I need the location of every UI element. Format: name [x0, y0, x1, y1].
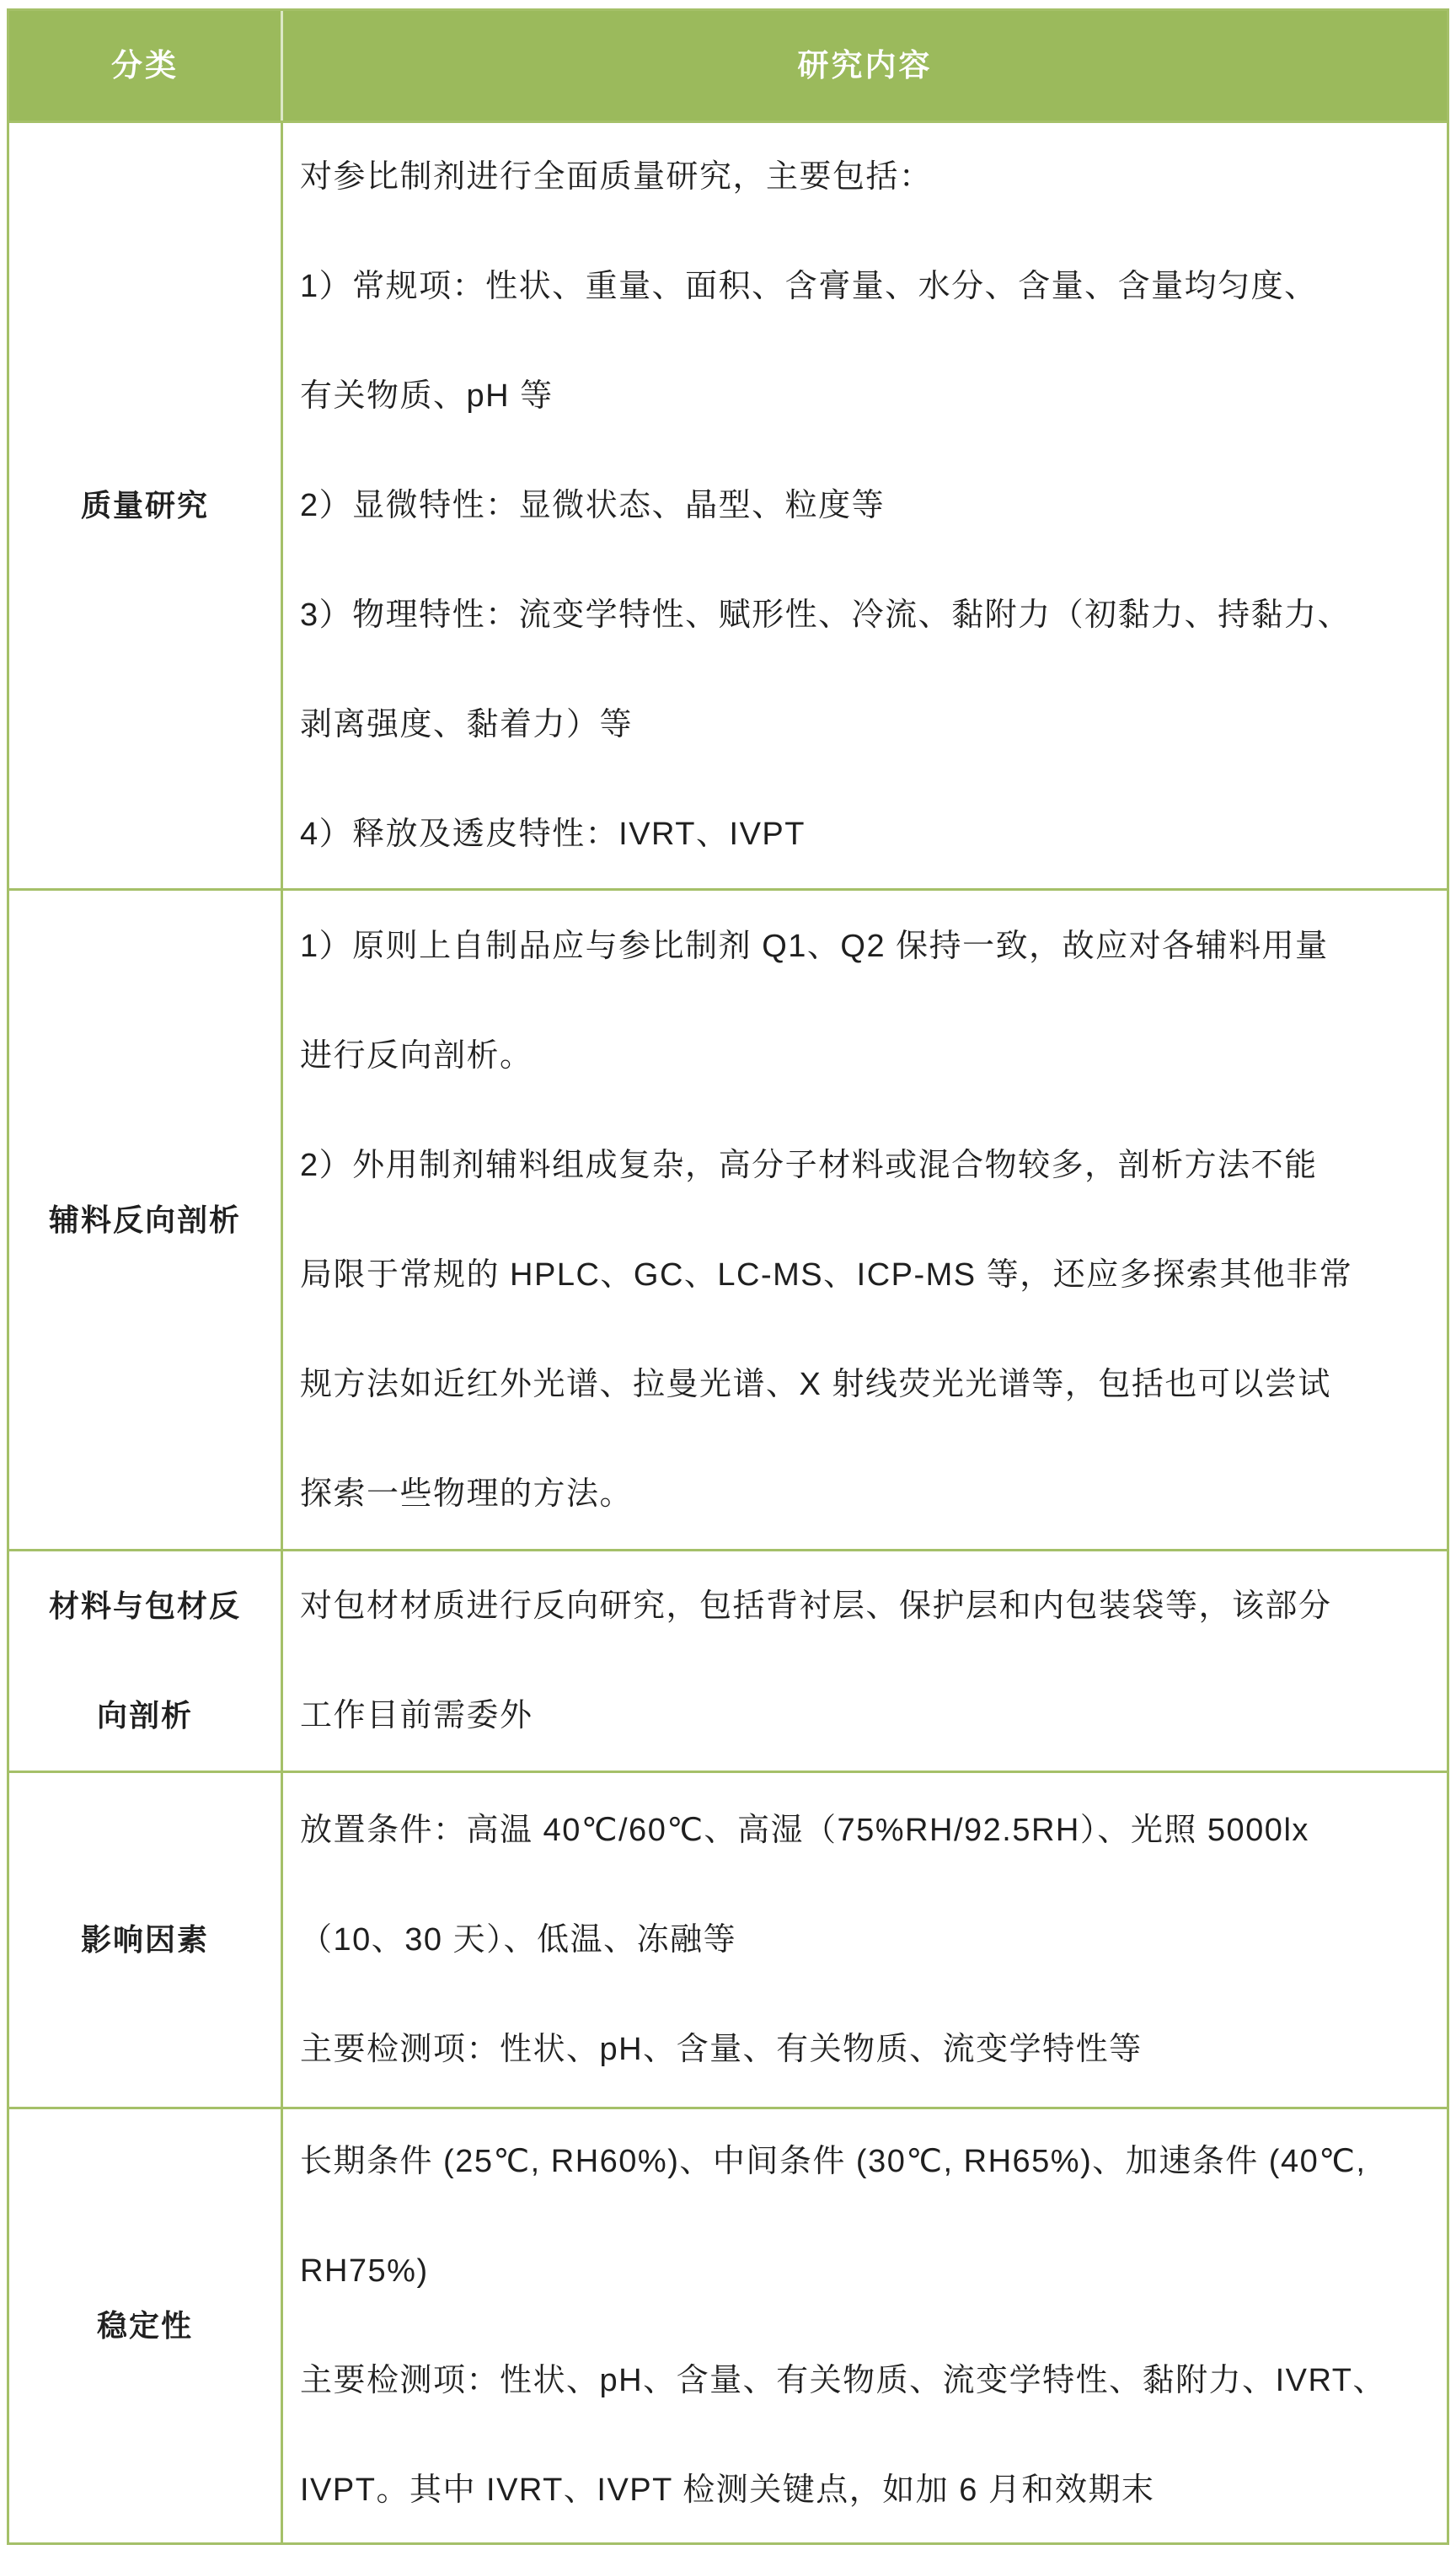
content-line: 1）常规项：性状、重量、面积、含膏量、水分、含量、含量均匀度、 [300, 232, 1447, 341]
content-line: IVPT。其中 IVRT、IVPT 检测关键点，如加 6 月和效期末 [300, 2435, 1447, 2545]
row-label: 稳定性 [97, 2271, 193, 2381]
category-column-header: 分类 [111, 11, 179, 121]
row-label-cell: 材料与包材反 向剖析 [9, 1551, 283, 1771]
research-content-table: 分类 研究内容 质量研究 对参比制剂进行全面质量研究，主要包括： 1）常规项：性… [7, 8, 1449, 2545]
row-content-cell: 放置条件：高温 40℃/60℃、高湿（75%RH/92.5RH）、光照 5000… [283, 1773, 1447, 2107]
category-column-header-cell: 分类 [9, 11, 283, 121]
row-label-cell: 稳定性 [9, 2109, 283, 2542]
row-label: 向剖析 [97, 1661, 193, 1771]
content-line: 长期条件 (25℃, RH60%)、中间条件 (30℃, RH65%)、加速条件… [300, 2107, 1447, 2216]
content-line: 探索一些物理的方法。 [300, 1439, 1447, 1549]
content-line: 对参比制剂进行全面质量研究，主要包括： [300, 122, 1447, 232]
content-line: 剥离强度、黏着力）等 [300, 670, 1447, 779]
row-content-cell: 对参比制剂进行全面质量研究，主要包括： 1）常规项：性状、重量、面积、含膏量、水… [283, 123, 1447, 888]
table-header-row: 分类 研究内容 [9, 11, 1447, 121]
content-line: 有关物质、pH 等 [300, 341, 1447, 451]
row-label-cell: 辅料反向剖析 [9, 891, 283, 1549]
content-line: 工作目前需委外 [300, 1661, 1447, 1771]
content-line: 局限于常规的 HPLC、GC、LC-MS、ICP-MS 等，还应多探索其他非常 [300, 1220, 1447, 1330]
content-line: 主要检测项：性状、pH、含量、有关物质、流变学特性、黏附力、IVRT、 [300, 2326, 1447, 2435]
row-label: 质量研究 [81, 451, 209, 560]
content-column-header: 研究内容 [798, 11, 933, 121]
content-line: 3）物理特性：流变学特性、赋形性、冷流、黏附力（初黏力、持黏力、 [300, 560, 1447, 670]
content-line: 主要检测项：性状、pH、含量、有关物质、流变学特性等 [300, 1995, 1447, 2104]
table-row-influencing-factors: 影响因素 放置条件：高温 40℃/60℃、高湿（75%RH/92.5RH）、光照… [9, 1771, 1447, 2107]
content-line: 规方法如近红外光谱、拉曼光谱、X 射线荧光光谱等，包括也可以尝试 [300, 1330, 1447, 1439]
content-line: 1）原则上自制品应与参比制剂 Q1、Q2 保持一致，故应对各辅料用量 [300, 892, 1447, 1001]
table-row-material-packaging-reverse-analysis: 材料与包材反 向剖析 对包材材质进行反向研究，包括背衬层、保护层和内包装袋等，该… [9, 1549, 1447, 1771]
row-content-cell: 对包材材质进行反向研究，包括背衬层、保护层和内包装袋等，该部分 工作目前需委外 [283, 1551, 1447, 1771]
content-line: 对包材材质进行反向研究，包括背衬层、保护层和内包装袋等，该部分 [300, 1551, 1447, 1661]
content-line: 4）释放及透皮特性：IVRT、IVPT [300, 779, 1447, 889]
content-line: RH75%) [300, 2216, 1447, 2326]
row-label: 辅料反向剖析 [49, 1165, 241, 1275]
content-line: 进行反向剖析。 [300, 1001, 1447, 1111]
row-label: 材料与包材反 [49, 1551, 241, 1661]
content-line: 2）显微特性：显微状态、晶型、粒度等 [300, 451, 1447, 560]
content-line: 2）外用制剂辅料组成复杂，高分子材料或混合物较多，剖析方法不能 [300, 1111, 1447, 1220]
content-column-header-cell: 研究内容 [283, 11, 1447, 121]
table-row-stability: 稳定性 长期条件 (25℃, RH60%)、中间条件 (30℃, RH65%)、… [9, 2107, 1447, 2542]
row-content-cell: 长期条件 (25℃, RH60%)、中间条件 (30℃, RH65%)、加速条件… [283, 2109, 1447, 2542]
row-label: 影响因素 [81, 1885, 209, 1995]
content-line: （10、30 天）、低温、冻融等 [300, 1885, 1447, 1995]
content-line: 放置条件：高温 40℃/60℃、高湿（75%RH/92.5RH）、光照 5000… [300, 1776, 1447, 1885]
row-label-cell: 质量研究 [9, 123, 283, 888]
table-row-quality-research: 质量研究 对参比制剂进行全面质量研究，主要包括： 1）常规项：性状、重量、面积、… [9, 121, 1447, 888]
row-content-cell: 1）原则上自制品应与参比制剂 Q1、Q2 保持一致，故应对各辅料用量 进行反向剖… [283, 891, 1447, 1549]
table-row-excipient-reverse-analysis: 辅料反向剖析 1）原则上自制品应与参比制剂 Q1、Q2 保持一致，故应对各辅料用… [9, 888, 1447, 1549]
row-label-cell: 影响因素 [9, 1773, 283, 2107]
